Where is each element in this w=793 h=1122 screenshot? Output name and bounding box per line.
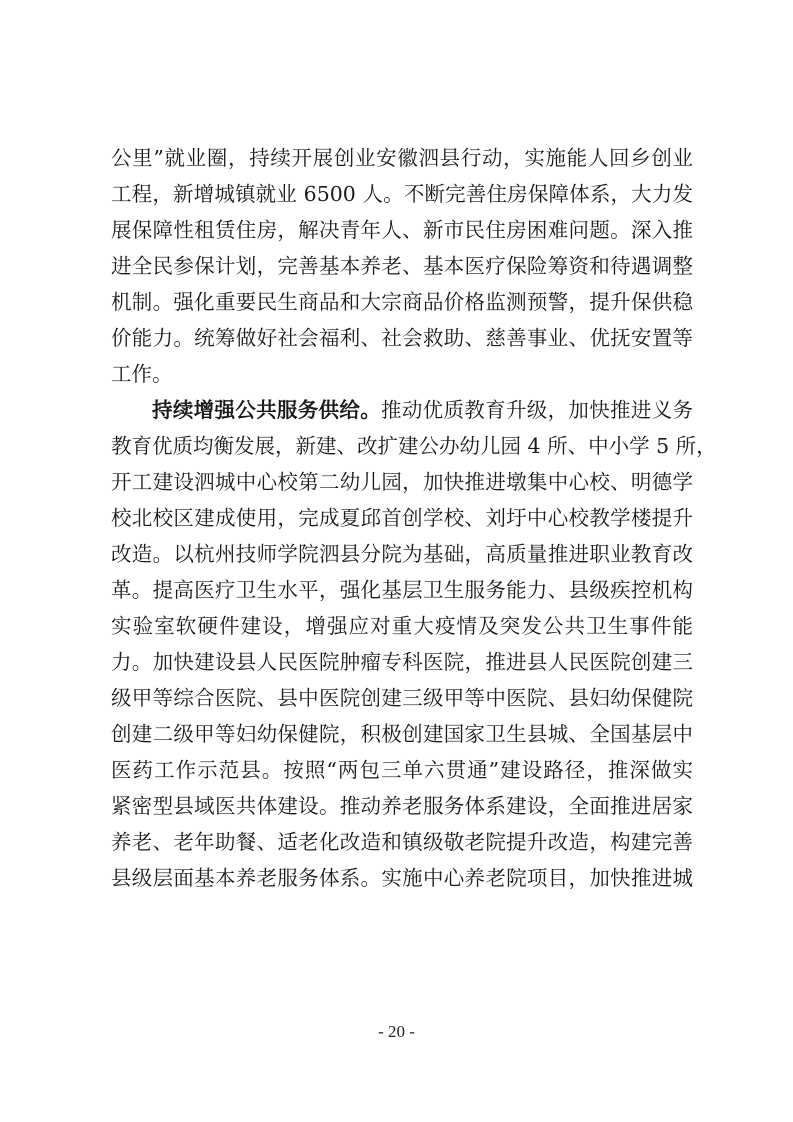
paragraph-employment-housing: 公里”就业圈，持续开展创业安徽泗县行动，实施能人回乡创业 工程，新增城镇就业 6…	[111, 140, 693, 392]
text-line: 力。加快建设县人民医院肿瘤专科医院，推进县人民医院创建三	[111, 644, 693, 680]
text-line: 教育优质均衡发展，新建、改扩建公办幼儿园 4 所、中小学 5 所，	[111, 428, 693, 464]
text-line: 实验室软硬件建设，增强应对重大疫情及突发公共卫生事件能	[111, 608, 693, 644]
text-line: 革。提高医疗卫生水平，强化基层卫生服务能力、县级疾控机构	[111, 572, 693, 608]
text-line-first: 持续增强公共服务供给。推动优质教育升级，加快推进义务	[111, 392, 693, 428]
heading-continuation: 推动优质教育升级，加快推进义务	[381, 398, 693, 422]
text-line: 校北校区建成使用，完成夏邱首创学校、刘圩中心校教学楼提升	[111, 500, 693, 536]
text-line: 开工建设泗城中心校第二幼儿园，加快推进墩集中心校、明德学	[111, 464, 693, 500]
page-number: - 20 -	[0, 1022, 793, 1042]
text-line: 创建二级甲等妇幼保健院，积极创建国家卫生县城、全国基层中	[111, 716, 693, 752]
text-line: 展保障性租赁住房，解决青年人、新市民住房困难问题。深入推	[111, 212, 693, 248]
text-line: 医药工作示范县。按照“两包三单六贯通”建设路径，推深做实	[111, 752, 693, 788]
text-line: 紧密型县域医共体建设。推动养老服务体系建设，全面推进居家	[111, 788, 693, 824]
text-line: 改造。以杭州技师学院泗县分院为基础，高质量推进职业教育改	[111, 536, 693, 572]
text-line: 县级层面基本养老服务体系。实施中心养老院项目，加快推进城	[111, 860, 693, 896]
text-line: 级甲等综合医院、县中医院创建三级甲等中医院、县妇幼保健院	[111, 680, 693, 716]
text-line: 价能力。统筹做好社会福利、社会救助、慈善事业、优抚安置等	[111, 320, 693, 356]
text-line: 进全民参保计划，完善基本养老、基本医疗保险筹资和待遇调整	[111, 248, 693, 284]
body-text: 公里”就业圈，持续开展创业安徽泗县行动，实施能人回乡创业 工程，新增城镇就业 6…	[111, 140, 693, 896]
text-line: 机制。强化重要民生商品和大宗商品价格监测预警，提升保供稳	[111, 284, 693, 320]
text-line: 工作。	[111, 356, 693, 392]
paragraph-heading: 持续增强公共服务供给。	[152, 398, 381, 422]
text-line: 公里”就业圈，持续开展创业安徽泗县行动，实施能人回乡创业	[111, 140, 693, 176]
document-page: 公里”就业圈，持续开展创业安徽泗县行动，实施能人回乡创业 工程，新增城镇就业 6…	[0, 0, 793, 1122]
paragraph-public-services: 持续增强公共服务供给。推动优质教育升级，加快推进义务 教育优质均衡发展，新建、改…	[111, 392, 693, 896]
text-line: 养老、老年助餐、适老化改造和镇级敬老院提升改造，构建完善	[111, 824, 693, 860]
text-line: 工程，新增城镇就业 6500 人。不断完善住房保障体系，大力发	[111, 176, 693, 212]
